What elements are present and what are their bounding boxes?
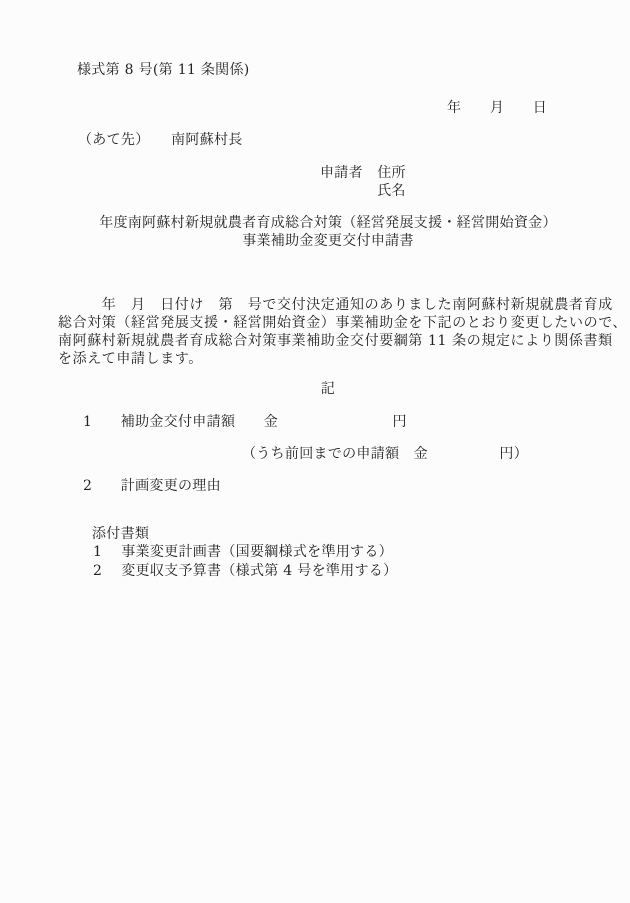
applicant-block: 申請者 住所 氏名 bbox=[320, 164, 406, 200]
ki-heading: 記 bbox=[58, 381, 598, 397]
attachments-header: 添付書類 bbox=[92, 526, 149, 542]
document-page: 様式第 8 号(第 11 条関係) 年 月 日 （あて先） 南阿蘇村長 申請者 … bbox=[0, 0, 630, 903]
body-paragraph-line1: 年 月 日付け 第 号で交付決定通知のありました南阿蘇村新規就農者育成 bbox=[58, 296, 598, 314]
document-title-line1: 年度南阿蘇村新規就農者育成総合対策（経営発展支援・経営開始資金） bbox=[58, 214, 598, 232]
document-title-line2: 事業補助金変更交付申請書 bbox=[58, 232, 598, 250]
applicant-address-line: 申請者 住所 bbox=[320, 164, 406, 182]
item-previous-amount: （うち前回までの申請額 金 円） bbox=[242, 446, 528, 462]
date-line: 年 月 日 bbox=[447, 100, 547, 116]
applicant-name-line: 氏名 bbox=[320, 182, 406, 200]
item-grant-amount: 1 補助金交付申請額 金 円 bbox=[83, 414, 407, 430]
body-paragraph-line4: を添えて申請します。 bbox=[58, 350, 598, 368]
body-paragraph-line3: 南阿蘇村新規就農者育成総合対策事業補助金交付要綱第 11 条の規定により関係書類 bbox=[58, 332, 598, 350]
attachment-item-1: 1 事業変更計画書（国要綱様式を準用する） bbox=[93, 544, 393, 560]
document-title: 年度南阿蘇村新規就農者育成総合対策（経営発展支援・経営開始資金） 事業補助金変更… bbox=[58, 214, 598, 250]
item-change-reason: 2 計画変更の理由 bbox=[83, 478, 221, 494]
body-paragraph-line2: 総合対策（経営発展支援・経営開始資金）事業補助金を下記のとおり変更したいので、 bbox=[58, 314, 598, 332]
body-paragraph: 年 月 日付け 第 号で交付決定通知のありました南阿蘇村新規就農者育成 総合対策… bbox=[58, 296, 598, 368]
form-number: 様式第 8 号(第 11 条関係) bbox=[77, 62, 250, 78]
attachment-item-2: 2 変更収支予算書（様式第 4 号を準用する） bbox=[93, 563, 397, 579]
addressee-line: （あて先） 南阿蘇村長 bbox=[78, 132, 243, 148]
